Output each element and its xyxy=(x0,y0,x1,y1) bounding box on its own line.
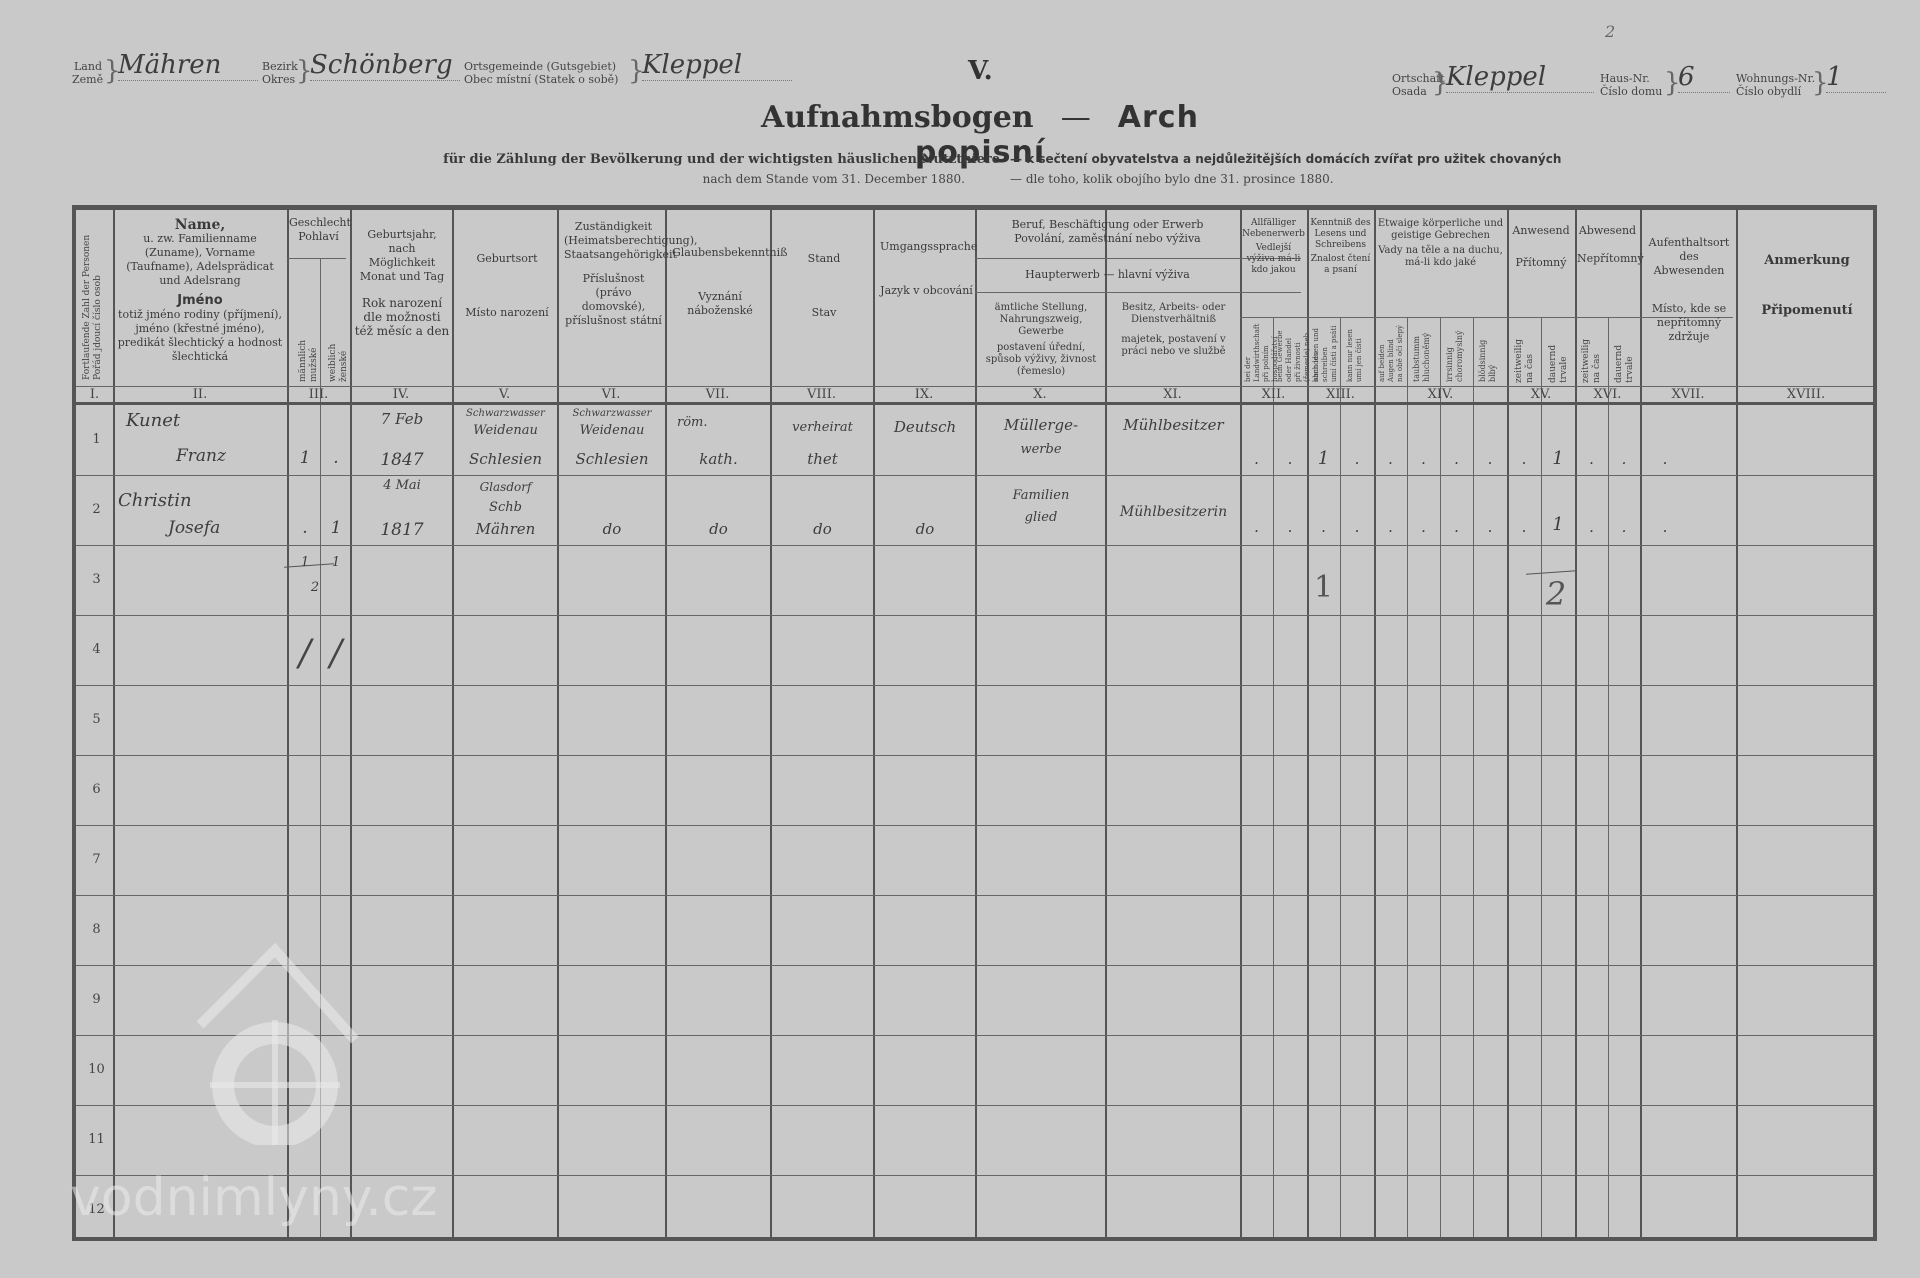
position: Mühlbesitzer xyxy=(1107,416,1240,434)
col14-header: Etwaige körperliche und geistige Gebrech… xyxy=(1374,218,1507,269)
heimat: Schlesien xyxy=(559,450,665,468)
mark: . xyxy=(1608,450,1640,468)
colno: XVII. xyxy=(1640,387,1736,402)
haus-nr-value: 6 xyxy=(1678,62,1730,93)
total-male: 1 xyxy=(291,555,319,570)
occupation: Familien xyxy=(977,488,1105,503)
female-mark: . xyxy=(322,448,350,468)
col4-header: Geburtsjahr, nach Möglichkeit Monat und … xyxy=(352,228,452,338)
occupation: werbe xyxy=(977,442,1105,457)
colno: VIII. xyxy=(770,387,873,402)
female-mark: 1 xyxy=(322,518,350,538)
birthplace: Glasdorf xyxy=(454,480,557,494)
colno: IV. xyxy=(350,387,452,402)
wohnungs-nr-value: 1 xyxy=(1826,62,1886,93)
col6-header: Zuständigkeit (Heimatsberechtigung), Sta… xyxy=(562,220,665,328)
surname: Kunet xyxy=(126,410,180,431)
col14c-header: irrsinnig choromyslný xyxy=(1445,322,1465,382)
colno: XVIII. xyxy=(1736,387,1876,402)
male-mark: . xyxy=(291,518,319,538)
col5-header: GeburtsortMísto narození xyxy=(457,252,557,320)
colno: III. xyxy=(287,387,350,402)
mark: . xyxy=(1240,450,1273,468)
birth-year: 1847 xyxy=(352,450,452,470)
col12-header: Allfälliger NebenerwerbVedlejší výživa m… xyxy=(1240,218,1307,276)
haus-nr-label: Haus-Nr.Číslo domu xyxy=(1600,72,1662,98)
watermark-text: vodnimlyny.cz xyxy=(70,1168,438,1228)
col13b-header: kann nur lesen umí jen čísti xyxy=(1346,322,1364,382)
mark: . xyxy=(1374,450,1407,468)
col15a-header: zeitweilig na čas xyxy=(1514,328,1536,383)
religion: röm. xyxy=(667,415,780,430)
male-mark: 1 xyxy=(291,448,319,468)
form-number: V. xyxy=(968,56,993,86)
col12a-header: bei der Landwirthschaft při polním hospo… xyxy=(1244,322,1280,382)
total-sum: 2 xyxy=(301,580,329,595)
col14b-header: taubstumm hluchoněmý xyxy=(1412,322,1432,382)
surname: Christin xyxy=(118,490,192,511)
colno: V. xyxy=(452,387,557,402)
subtitle-de: für die Zählung der Bevölkerung und der … xyxy=(440,152,1000,167)
title-de: Aufnahmsbogen xyxy=(761,100,1034,135)
colno: II. xyxy=(113,387,287,402)
birth-year: 1817 xyxy=(352,520,452,540)
col14d-header: blödsinnig blbý xyxy=(1478,322,1498,382)
heimat: Schwarzwasser xyxy=(559,408,665,419)
wohnungs-nr-label: Wohnungs-Nr.Číslo obydlí xyxy=(1736,72,1815,98)
marital-status: do xyxy=(772,520,873,538)
mark: . xyxy=(1273,450,1307,468)
colno: VI. xyxy=(557,387,665,402)
colno: I. xyxy=(76,387,113,402)
heimat: Weidenau xyxy=(559,423,665,438)
mark: . xyxy=(1407,450,1440,468)
occupation: Müllerge- xyxy=(977,416,1105,434)
given-name: Franz xyxy=(176,446,226,466)
ortschaft-value: Kleppel xyxy=(1446,62,1594,93)
row-number: 5 xyxy=(76,712,117,727)
birthplace: Weidenau xyxy=(454,423,557,438)
col17-header: Aufenthaltsort des AbwesendenMísto, kde … xyxy=(1642,236,1736,344)
mark: . xyxy=(1575,518,1608,536)
mark: . xyxy=(1575,450,1608,468)
subtitle-cz: — k sečtení obyvatelstva a nejdůležitějš… xyxy=(1010,152,1561,166)
mark: . xyxy=(1640,450,1690,468)
col14a-header: auf beiden Augen blind na obě oči slepý xyxy=(1378,322,1405,382)
row-number: 1 xyxy=(76,432,117,447)
col1-header: Fortlaufende Zahl der PersonenPořád jdou… xyxy=(82,220,104,380)
col16-header: AbwesendNepřítomný xyxy=(1575,224,1640,266)
total-present: 2 xyxy=(1536,575,1576,613)
mill-logo-icon xyxy=(190,925,380,1115)
row-number: 9 xyxy=(76,992,117,1007)
row4-female-mark: / xyxy=(322,633,350,674)
col16b-header: dauernd trvale xyxy=(1614,328,1636,383)
colno: XII. xyxy=(1240,387,1307,402)
col18-header: AnmerkungPřipomenutí xyxy=(1738,254,1876,318)
birthplace: Schlesien xyxy=(454,450,557,468)
row-number: 6 xyxy=(76,782,117,797)
position: Mühlbesitzerin xyxy=(1107,504,1240,520)
mark: . xyxy=(1507,518,1541,536)
col8-header: StandStav xyxy=(775,252,873,320)
mark: 1 xyxy=(1541,514,1575,535)
mark: . xyxy=(1608,518,1640,536)
col3-female-header: weiblich ženské xyxy=(328,322,350,382)
birthplace: Schwarzwasser xyxy=(454,408,557,419)
mark: . xyxy=(1473,518,1507,536)
mark: . xyxy=(1407,518,1440,536)
mark: . xyxy=(1307,518,1340,536)
col10-11-subheader: Haupterwerb — hlavní výživa xyxy=(975,268,1240,282)
mark: . xyxy=(1440,518,1473,536)
mark: . xyxy=(1507,450,1541,468)
pencil-mark: 2 xyxy=(1605,22,1615,41)
mark: . xyxy=(1340,518,1374,536)
birthplace: Mähren xyxy=(454,520,557,538)
language: Deutsch xyxy=(875,418,975,436)
colno: X. xyxy=(975,387,1105,402)
row-number: 3 xyxy=(76,572,117,587)
marital-status: verheirat xyxy=(772,420,873,435)
heimat: do xyxy=(559,520,665,538)
mark: . xyxy=(1340,450,1374,468)
ortsgemeinde-value: Kleppel xyxy=(642,50,792,81)
row-number: 4 xyxy=(76,642,117,657)
birthplace: Schb xyxy=(454,500,557,515)
row-number: 8 xyxy=(76,922,117,937)
mark: . xyxy=(1374,518,1407,536)
colno: XVI. xyxy=(1575,387,1640,402)
row-number: 11 xyxy=(76,1132,117,1147)
colno: XV. xyxy=(1507,387,1575,402)
land-label: LandZemě xyxy=(72,60,102,86)
date-cz: — dle toho, kolik obojího bylo dne 31. p… xyxy=(1010,172,1334,186)
ortsgemeinde-label: Ortsgemeinde (Gutsgebiet)Obec místní (St… xyxy=(464,60,618,86)
col3-header: GeschlechtPohlaví xyxy=(287,216,350,244)
colno: XIII. xyxy=(1307,387,1374,402)
marital-status: thet xyxy=(772,450,873,468)
birth-day: 7 Feb xyxy=(352,410,452,428)
mark: 1 xyxy=(1307,448,1340,469)
bezirk-label: BezirkOkres xyxy=(262,60,298,86)
total-literate: 1 xyxy=(1307,570,1340,605)
mark: . xyxy=(1440,450,1473,468)
religion: do xyxy=(667,520,770,538)
col16a-header: zeitweilig na čas xyxy=(1581,328,1603,383)
col3-male-header: männlich mužské xyxy=(298,322,320,382)
col10-11-header: Beruf, Beschäftigung oder ErwerbPovolání… xyxy=(975,218,1240,246)
row-number: 7 xyxy=(76,852,117,867)
birth-day: 4 Mai xyxy=(352,478,452,493)
mark: . xyxy=(1640,518,1690,536)
col2-header: Name, u. zw. Familienname (Zuname), Vorn… xyxy=(113,218,287,364)
row-number: 10 xyxy=(76,1062,117,1077)
mark: . xyxy=(1473,450,1507,468)
colno: XIV. xyxy=(1374,387,1507,402)
col15b-header: dauernd trvale xyxy=(1548,328,1570,383)
total-female: 1 xyxy=(322,555,350,570)
col7-header: GlaubensbekenntnißVyznání náboženské xyxy=(670,246,770,318)
bezirk-value: Schönberg xyxy=(310,50,460,81)
colno: XI. xyxy=(1105,387,1240,402)
col9-header: UmgangsspracheJazyk v obcování xyxy=(878,240,975,298)
religion: kath. xyxy=(667,450,770,468)
given-name: Josefa xyxy=(168,518,220,538)
occupation: glied xyxy=(977,510,1105,525)
colno: VII. xyxy=(665,387,770,402)
mark: . xyxy=(1240,518,1273,536)
colno: IX. xyxy=(873,387,975,402)
mark: 1 xyxy=(1541,448,1575,469)
land-value: Mähren xyxy=(118,50,258,81)
col15-header: AnwesendPřítomný xyxy=(1507,224,1575,270)
col13a-header: kann lesen und schreiben umí čísti a psá… xyxy=(1312,322,1339,382)
row4-male-mark: / xyxy=(291,633,319,674)
col10-header: ämtliche Stellung, Nahrungszweig, Gewerb… xyxy=(977,302,1105,378)
col13-header: Kenntniß des Lesens und SchreibensZnalos… xyxy=(1307,218,1374,276)
col11-header: Besitz, Arbeits- oder Dienstverhältnißma… xyxy=(1107,302,1240,358)
language: do xyxy=(875,520,975,538)
row-number: 2 xyxy=(76,502,117,517)
date-de: nach dem Stande vom 31. December 1880. xyxy=(640,172,965,186)
mark: . xyxy=(1273,518,1307,536)
